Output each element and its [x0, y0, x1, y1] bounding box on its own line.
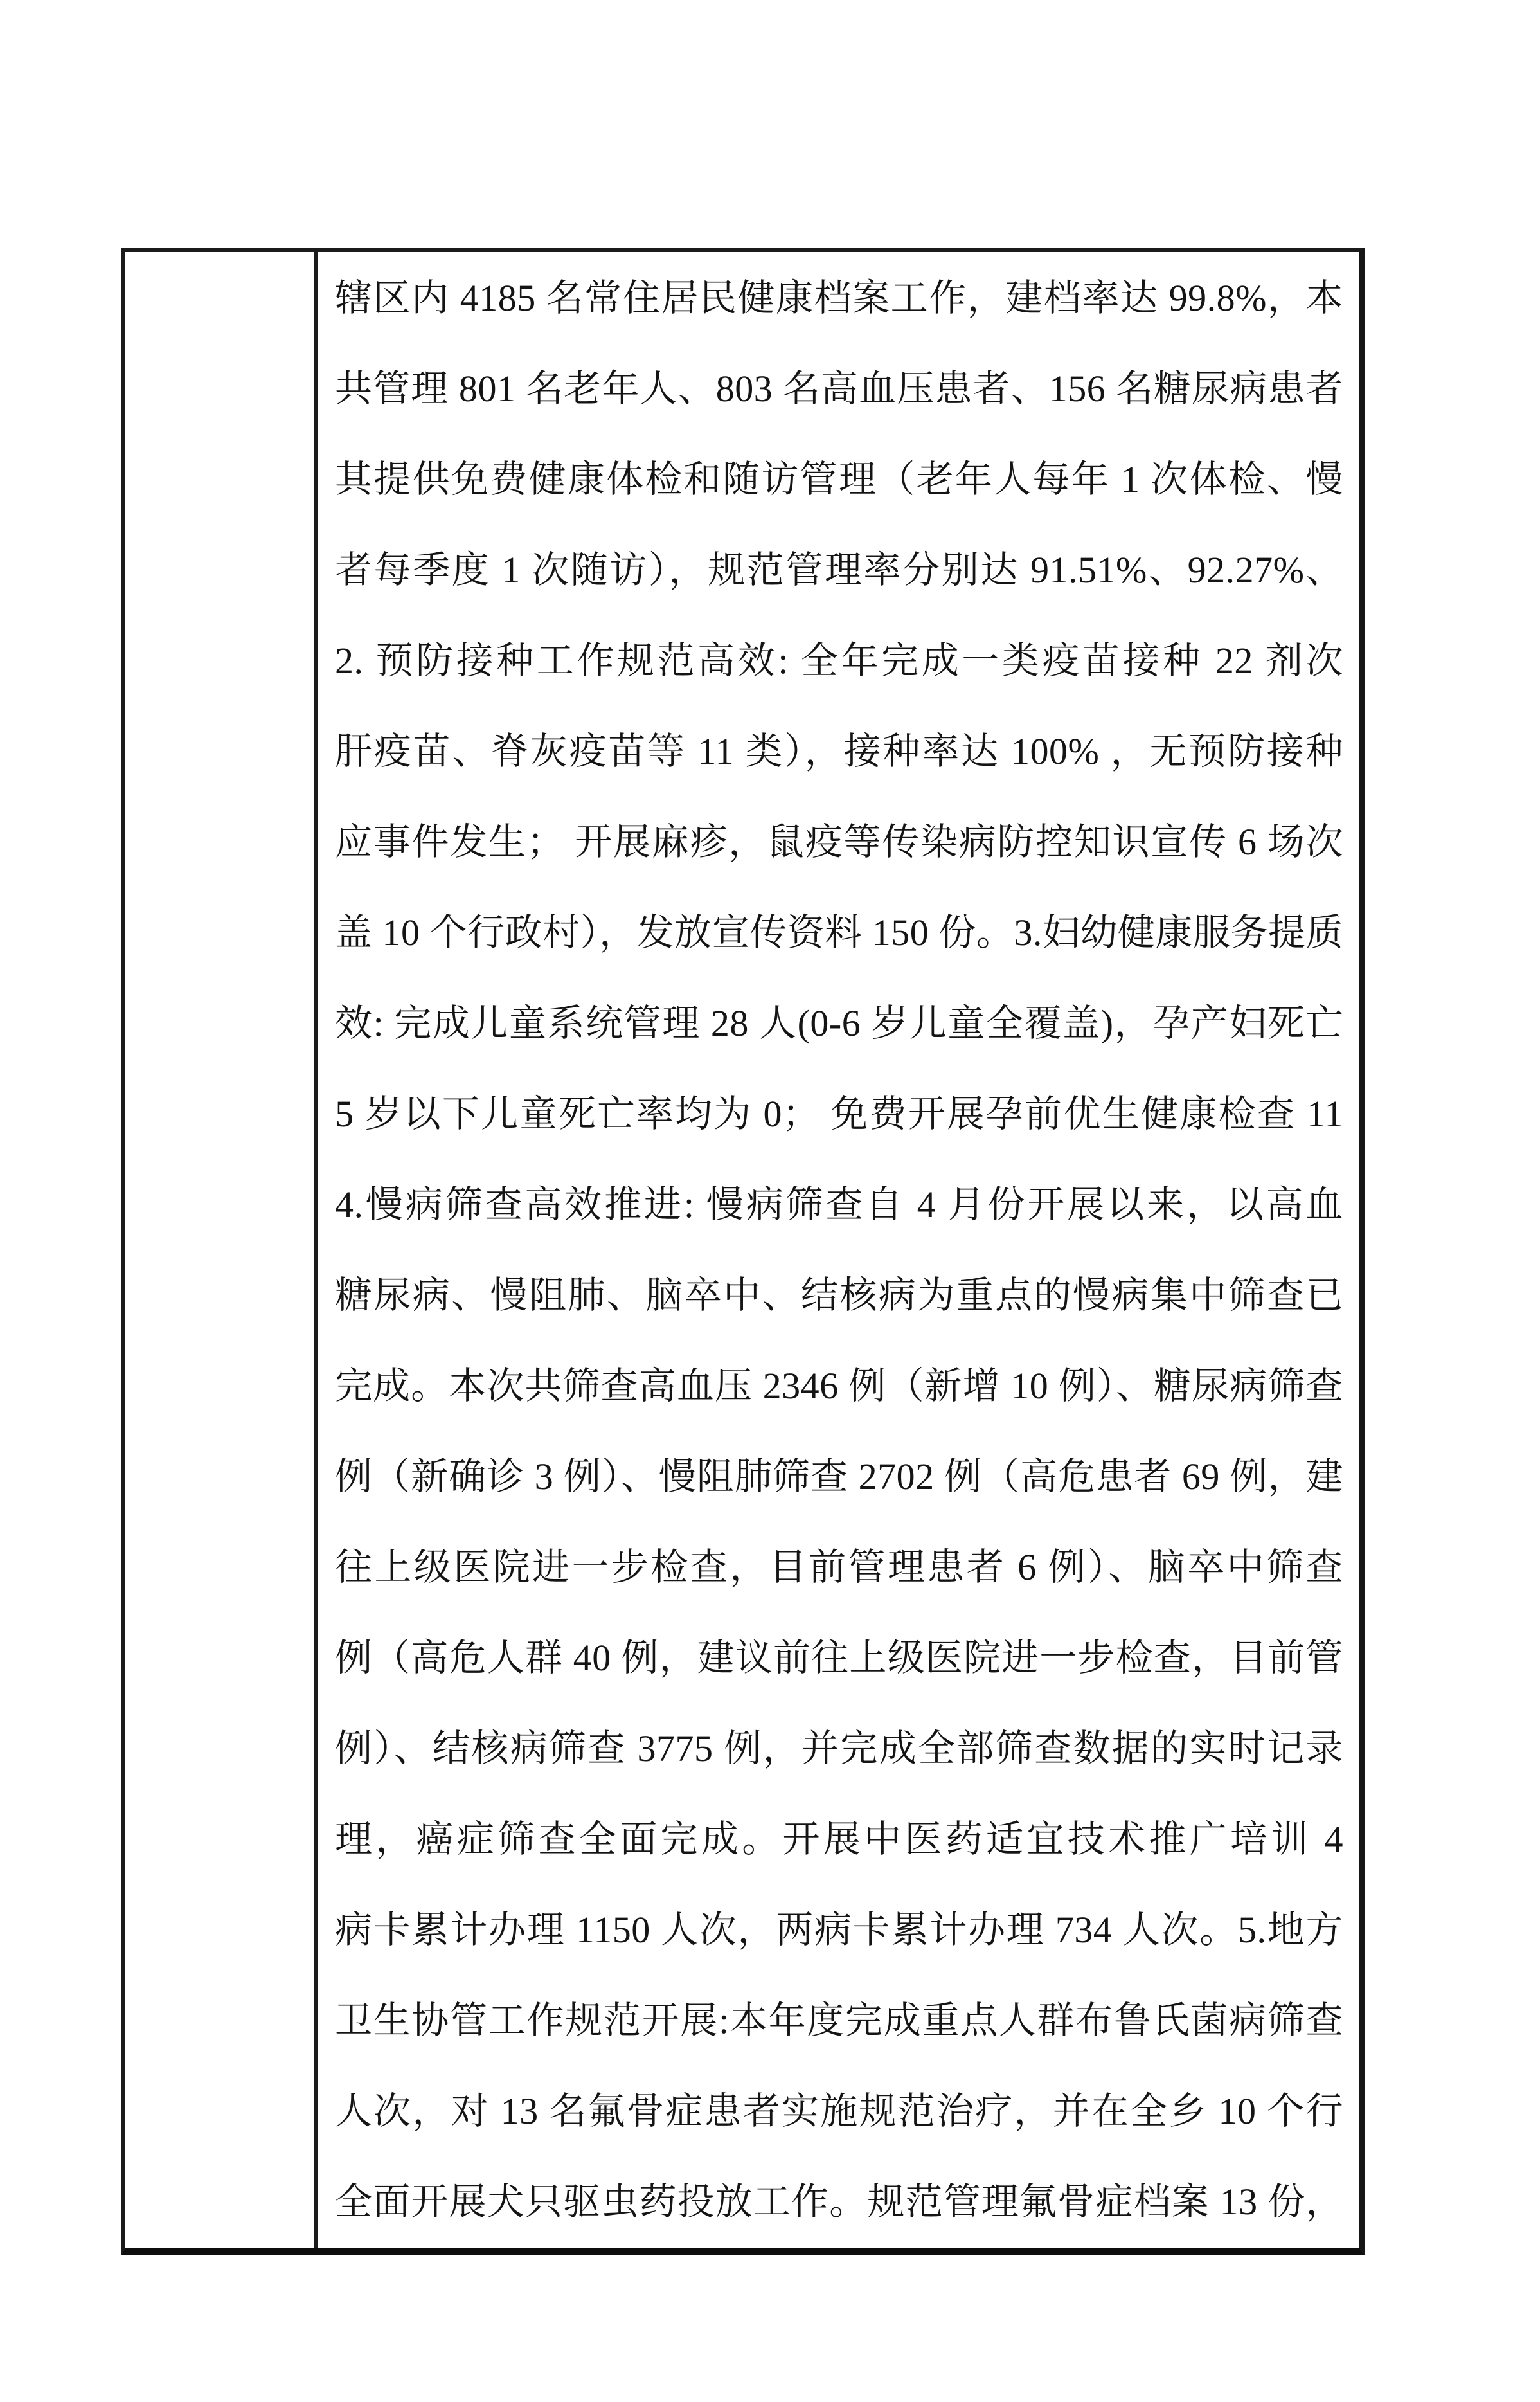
text-line: 辖区内 4185 名常住居民健康档案工作，建档率达 99.8%，本辖区 — [335, 253, 1343, 343]
text-line: 应事件发生； 开展麻疹，鼠疫等传染病防控知识宣传 6 场次（覆 — [335, 797, 1343, 887]
text-line: 者每季度 1 次随访），规范管理率分别达 91.51%、92.27%、94.87… — [335, 525, 1343, 615]
text-line: 例（新确诊 3 例）、慢阻肺筛查 2702 例（高危患者 69 例，建议前 — [335, 1431, 1343, 1522]
text-line: 4.慢病筛查高效推进: 慢病筛查自 4 月份开展以来，以高血压、 — [335, 1159, 1343, 1250]
text-line: 人次，对 13 名氟骨症患者实施规范治疗，并在全乡 10 个行政村 — [335, 2066, 1343, 2156]
text-line: 5 岁以下儿童死亡率均为 0； 免费开展孕前优生健康检查 11 对。 — [335, 1069, 1343, 1159]
text-line: 理，癌症筛查全面完成。开展中医药适宜技术推广培训 4 次；慢 — [335, 1794, 1343, 1884]
text-line: 其提供免费健康体检和随访管理（老年人每年 1 次体检、慢病患 — [335, 434, 1343, 525]
table-body-text-cell: 辖区内 4185 名常住居民健康档案工作，建档率达 99.8%，本辖区 共管理 … — [318, 252, 1359, 2248]
text-line: 病卡累计办理 1150 人次，两病卡累计办理 734 人次。5.地方病、 — [335, 1884, 1343, 1975]
text-line: 例）、结核病筛查 3775 例，并完成全部筛查数据的实时记录与整 — [335, 1703, 1343, 1794]
text-line: 盖 10 个行政村），发放宣传资料 150 份。3.妇幼健康服务提质增 — [335, 887, 1343, 978]
text-line: 共管理 801 名老年人、803 名高血压患者、156 名糖尿病患者并为 — [335, 343, 1343, 434]
document-table: 辖区内 4185 名常住居民健康档案工作，建档率达 99.8%，本辖区 共管理 … — [121, 248, 1365, 2255]
text-line: 完成。本次共筛查高血压 2346 例（新增 10 例）、糖尿病筛查 3440 — [335, 1341, 1343, 1431]
text-line: 糖尿病、慢阻肺、脑卒中、结核病为重点的慢病集中筛查已全部 — [335, 1250, 1343, 1341]
text-line: 卫生协管工作规范开展:本年度完成重点人群布鲁氏菌病筛查 217 — [335, 1975, 1343, 2066]
text-line: 例（高危人群 40 例，建议前往上级医院进一步检查，目前管理 8 — [335, 1612, 1343, 1703]
text-line: 肝疫苗、脊灰疫苗等 11 类），接种率达 100% ，无预防接种不良反 — [335, 706, 1343, 797]
text-line: 2. 预防接种工作规范高效: 全年完成一类疫苗接种 22 剂次（含乙 — [335, 615, 1343, 706]
table-left-label-cell — [125, 252, 318, 2248]
scanned-document-page: 辖区内 4185 名常住居民健康档案工作，建档率达 99.8%，本辖区 共管理 … — [0, 0, 1540, 2402]
text-line: 往上级医院进一步检查，目前管理患者 6 例）、脑卒中筛查 2702 — [335, 1522, 1343, 1612]
text-line: 全面开展犬只驱虫药投放工作。规范管理氟骨症档案 13 份，包虫 — [335, 2156, 1343, 2247]
text-line: 效: 完成儿童系统管理 28 人(0-6 岁儿童全覆盖)，孕产妇死亡率、 — [335, 978, 1343, 1069]
